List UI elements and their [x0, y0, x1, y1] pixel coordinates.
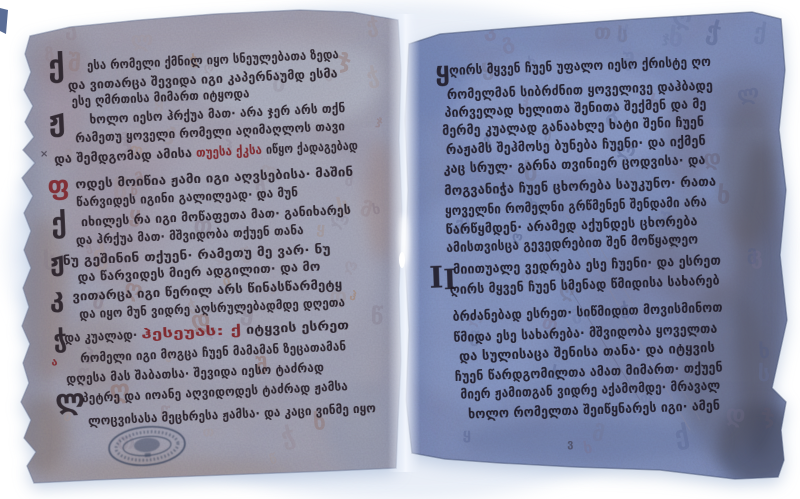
ghost-glyph: წ [370, 304, 384, 330]
initial-letter: ყ [435, 57, 451, 87]
ghost-glyph: ს [757, 361, 771, 387]
stamp-emblem-base [145, 453, 151, 458]
gutter-hotspot [399, 252, 405, 268]
ghost-glyph: დ [725, 399, 747, 429]
initial-letter: ჟ [49, 247, 65, 278]
initial-letter: I [443, 263, 457, 296]
ghost-glyph: მ [746, 246, 757, 269]
initial-letter: კ [49, 283, 65, 314]
manuscript-scene: ჰჯღლსქხთმშშღდქწჯჰწღთშყზმწმჰმჯმდყწწდხჯყზწ… [0, 0, 800, 499]
ghost-glyph: შ [67, 49, 82, 78]
ghost-glyph: თ [594, 20, 611, 44]
ghost-glyph: ყ [316, 219, 326, 237]
ghost-glyph: თ [202, 424, 215, 440]
initial-letter: ქ [50, 206, 67, 240]
initial-letter: ჟ [48, 103, 66, 139]
ghost-glyph: ლ [735, 79, 761, 107]
ghost-glyph: ხ [758, 339, 770, 363]
initial-letter: ფ [47, 171, 70, 202]
initial-letter: ლ [54, 382, 86, 416]
initial-letter: I [429, 260, 444, 295]
margin-mark: × [40, 149, 49, 160]
ghost-glyph: ლ [130, 27, 154, 53]
initial-letter: ჭ [53, 325, 68, 354]
margin-mark: ვ [567, 437, 574, 450]
manuscript-photo: Photograph of an opened parchment codex … [0, 0, 800, 499]
initial-letter: ქ [47, 49, 65, 85]
initial-letter: ა [51, 356, 58, 369]
rubric-text-line: თუესა ქკსა [196, 142, 263, 160]
ghost-glyph: ყ [463, 425, 472, 443]
